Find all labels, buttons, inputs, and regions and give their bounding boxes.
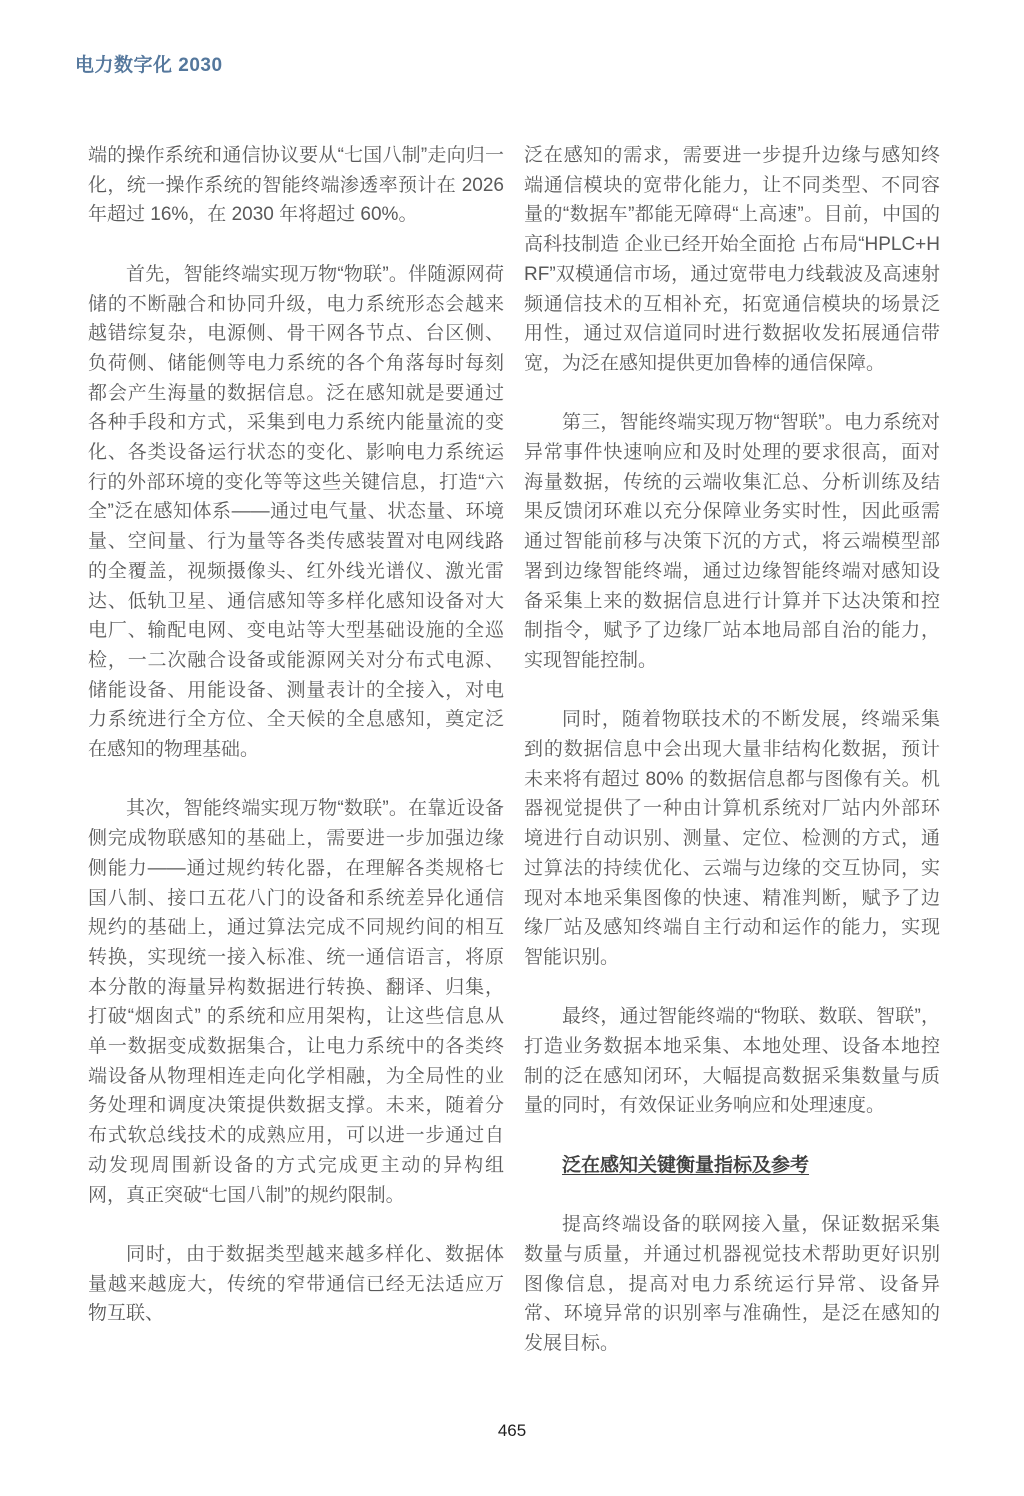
text-column-right: 泛在感知的需求，需要进一步提升边缘与感知终端通信模块的宽带化能力，让不同类型、不… [524, 141, 940, 1388]
page-number: 465 [0, 1421, 1024, 1441]
paragraph: 端的操作系统和通信协议要从“七国八制”走向归一化，统一操作系统的智能终端渗透率预… [88, 141, 504, 230]
paragraph: 提高终端设备的联网接入量，保证数据采集数量与质量，并通过机器视觉技术帮助更好识别… [524, 1210, 940, 1359]
running-header-title: 电力数字化 2030 [75, 50, 223, 77]
paragraph: 第三，智能终端实现万物“智联”。电力系统对异常事件快速响应和及时处理的要求很高，… [524, 408, 940, 675]
paragraph: 泛在感知的需求，需要进一步提升边缘与感知终端通信模块的宽带化能力，让不同类型、不… [524, 141, 940, 379]
text-column-left: 端的操作系统和通信协议要从“七国八制”走向归一化，统一操作系统的智能终端渗透率预… [88, 141, 504, 1359]
paragraph: 同时，由于数据类型越来越多样化、数据体量越来越庞大，传统的窄带通信已经无法适应万… [88, 1240, 504, 1329]
paragraph: 其次，智能终端实现万物“数联”。在靠近设备侧完成物联感知的基础上，需要进一步加强… [88, 794, 504, 1210]
paragraph: 最终，通过智能终端的“物联、数联、智联”，打造业务数据本地采集、本地处理、设备本… [524, 1002, 940, 1121]
document-page: 电力数字化 2030 端的操作系统和通信协议要从“七国八制”走向归一化，统一操作… [0, 0, 1024, 1496]
section-heading: 泛在感知关键衡量指标及参考 [524, 1151, 940, 1181]
paragraph: 首先，智能终端实现万物“物联”。伴随源网荷储的不断融合和协同升级，电力系统形态会… [88, 260, 504, 765]
paragraph: 同时，随着物联技术的不断发展，终端采集到的数据信息中会出现大量非结构化数据，预计… [524, 705, 940, 972]
